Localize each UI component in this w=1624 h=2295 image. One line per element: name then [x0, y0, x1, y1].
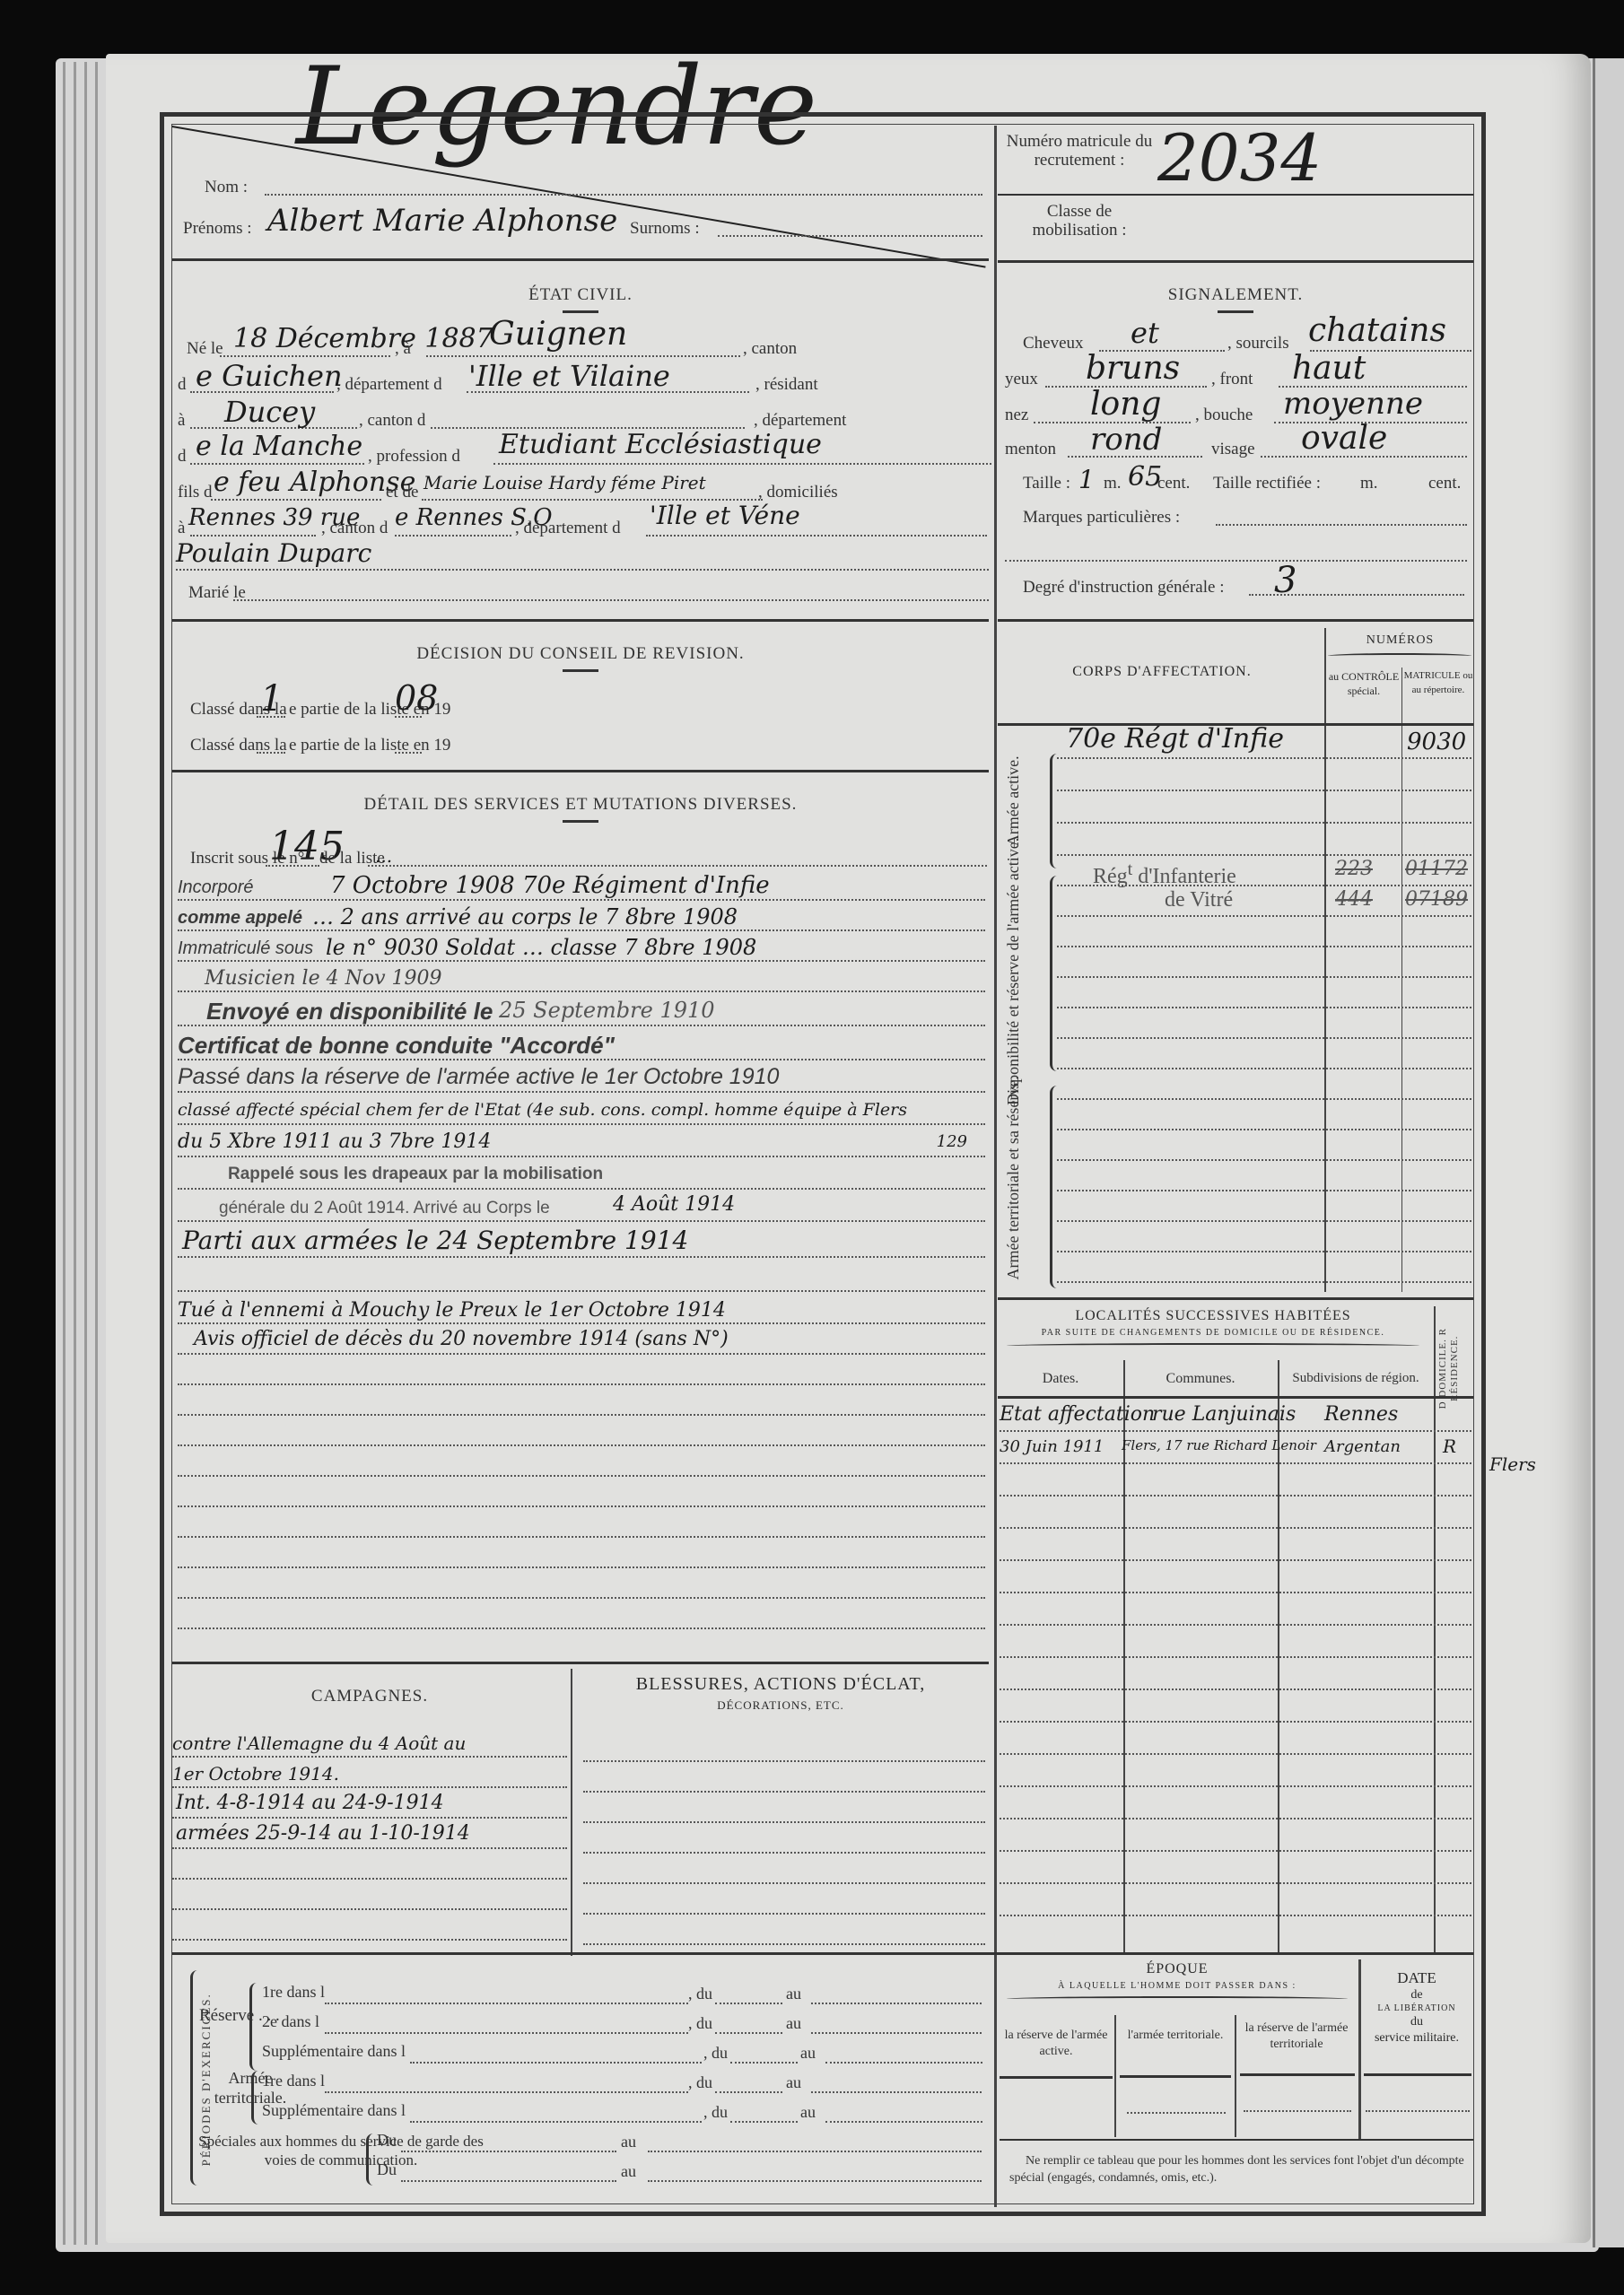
localite-row [1000, 1852, 1471, 1884]
localites-brace [1007, 1343, 1419, 1348]
degre-label: Degré d'instruction générale : [1023, 578, 1224, 598]
epoque-title: ÉPOQUE [998, 1961, 1357, 1977]
corps-row [1057, 1130, 1471, 1161]
campagnes-lines: contre l'Allemagne du 4 Août au 1er Octo… [172, 1727, 567, 1941]
cheveux-value: et [1131, 316, 1159, 350]
corps-row [1057, 1069, 1471, 1100]
corps-row [1057, 978, 1471, 1008]
localite-row [1000, 1658, 1471, 1690]
divider [998, 1297, 1473, 1300]
departement2-label: , département [754, 411, 846, 431]
surnoms-field-line [718, 235, 982, 237]
a-label: à [178, 411, 185, 431]
field-line [1366, 2110, 1470, 2112]
m-label: m. [1360, 474, 1378, 493]
campagne-line [172, 1910, 567, 1941]
mere-value: Marie Louise Hardy féme Piret [423, 472, 706, 493]
canton-label: , canton [743, 339, 797, 359]
ne-le-value: 18 Décembre 1887 [233, 323, 493, 354]
epoque-subtitle: À LAQUELLE L'HOMME DOIT PASSER DANS : [998, 1981, 1357, 1991]
date-du: du [1362, 2014, 1471, 2030]
localite-row: 30 Juin 1911 Flers, 17 rue Richard Lenoi… [1000, 1432, 1471, 1464]
m-label: m. [1104, 474, 1122, 493]
column-divider [1114, 2015, 1116, 2137]
group-label-territoriale: Armée territoriale et sa réserve. [1004, 1061, 1024, 1295]
corps-row [1057, 759, 1471, 791]
localite-row [1000, 1464, 1471, 1497]
corps-rows: 70e Régt d'Infie 9030 Régt d'Infanterie … [1057, 727, 1471, 1283]
residence-value: Ducey [224, 395, 315, 429]
localite-row [1000, 1497, 1471, 1529]
date-liberation: LA LIBÉRATION [1362, 2003, 1471, 2015]
nom-label: Nom : [205, 178, 248, 197]
field-line [190, 535, 316, 537]
divider [172, 1662, 989, 1664]
matricule-label: Numéro matricule du recrutement : [1003, 133, 1156, 170]
field-line [190, 463, 364, 465]
localite-row [1000, 1593, 1471, 1626]
service-line: Envoyé en disponibilité le 25 Septembre … [178, 992, 985, 1026]
bouche-value: moyenne [1283, 386, 1423, 422]
localite-row [1000, 1690, 1471, 1723]
menton-label: menton [1005, 440, 1056, 459]
field-line [176, 569, 989, 571]
campagnes-title: CAMPAGNES. [172, 1687, 567, 1706]
classe-row2-mid: e partie de la liste en 19 [289, 736, 450, 755]
blessure-line [583, 1732, 985, 1762]
menton-value: rond [1090, 422, 1162, 458]
blessure-line [583, 1915, 985, 1945]
a-label: à [178, 519, 185, 538]
bouche-label: , bouche [1195, 406, 1253, 425]
date-service: service militaire. [1362, 2030, 1471, 2046]
cent-label: cent. [1428, 474, 1461, 493]
campagne-line: 1er Octobre 1914. [172, 1758, 567, 1788]
corps-row [1057, 1161, 1471, 1191]
localite-row [1000, 1561, 1471, 1593]
localite-row [1000, 1787, 1471, 1819]
departement-label: , département d [336, 375, 442, 395]
corps-row [1057, 1100, 1471, 1130]
territoriale-brace [251, 2071, 260, 2125]
field-line [395, 535, 511, 537]
field-line [1005, 560, 1467, 562]
periode-row: 2e dans l , du au [262, 2009, 985, 2038]
corps-row [1057, 1222, 1471, 1252]
column-divider [571, 1669, 572, 1956]
localite-row [1000, 1819, 1471, 1852]
service-line: Musicien le 4 Nov 1909 [178, 962, 985, 992]
service-line: classé affecté spécial chem fer de l'Eta… [178, 1093, 985, 1125]
localites-rows: Etat affectation rue Lanjuinais Rennes 3… [1000, 1400, 1471, 1916]
canton2-label: , canton d [359, 411, 425, 431]
classe-label: Classe de mobilisation : [1003, 203, 1156, 240]
blessure-line [583, 1854, 985, 1884]
classe-row1-partie: 1 [260, 678, 283, 720]
numeros-header: NUMÉROS [1326, 633, 1474, 648]
service-line [178, 1355, 985, 1385]
canton3-label: , canton d [321, 519, 388, 538]
service-line: Passé dans la réserve de l'armée active … [178, 1060, 985, 1093]
field-line [395, 752, 422, 754]
field-line [368, 865, 987, 867]
corps-row [1057, 824, 1471, 856]
service-line: Avis officiel de décès du 20 novembre 19… [178, 1324, 985, 1355]
divider [1364, 2073, 1471, 2076]
signalement-title: SIGNALEMENT. [998, 285, 1473, 313]
blessures-title: BLESSURES, ACTIONS D'ÉCLAT, [574, 1674, 987, 1695]
page-edge [74, 62, 76, 2245]
divider [1000, 2076, 1113, 2079]
col-controle-header: au CONTRÔLE spécial. [1326, 669, 1401, 698]
nom-field-line [265, 194, 982, 196]
blessure-line [583, 1823, 985, 1854]
periode-row: Du au [262, 2157, 985, 2186]
localites-title: LOCALITÉS SUCCESSIVES HABITÉES [998, 1308, 1428, 1324]
epoque-note: Ne remplir ce tableau que pour les homme… [1009, 2153, 1469, 2187]
taille-m-value: 1 [1078, 465, 1095, 494]
localites-subtitle: PAR SUITE DE CHANGEMENTS DE DOMICILE OU … [998, 1328, 1428, 1338]
page-edge [95, 62, 98, 2245]
divider [172, 770, 989, 772]
nez-label: nez [1005, 406, 1028, 425]
sourcils-label: , sourcils [1227, 334, 1289, 353]
service-line [178, 1538, 985, 1568]
departement3-value: 'Ille et Véne [650, 501, 800, 530]
divider [172, 258, 989, 261]
sourcils-value: chatains [1308, 312, 1446, 349]
divider [998, 1396, 1473, 1399]
blessures-header: BLESSURES, ACTIONS D'ÉCLAT, DÉCORATIONS,… [574, 1674, 987, 1713]
date-de: de [1362, 1987, 1471, 2003]
next-page-edge [1593, 58, 1624, 2247]
divider [998, 194, 1473, 196]
surnoms-label: Surnoms : [630, 219, 700, 239]
canton-value: e Guichen [196, 359, 343, 393]
classe-row1-annee: 08 [395, 678, 438, 718]
blessures-lines [583, 1732, 985, 1945]
page-edge [84, 62, 87, 2245]
divider [172, 619, 989, 622]
divider [998, 260, 1473, 263]
periode-row: Du au [262, 2127, 985, 2157]
liste-value: ... [375, 845, 392, 867]
a-label: , à [395, 339, 411, 359]
corps-stamp-line1: Régt d'Infanterie [1093, 860, 1236, 889]
corps-row [1057, 1039, 1471, 1069]
service-line [178, 1599, 985, 1629]
col-communes: Communes. [1125, 1371, 1276, 1387]
degre-value: 3 [1274, 560, 1297, 601]
yeux-label: yeux [1005, 370, 1038, 389]
epoque-header: ÉPOQUE À LAQUELLE L'HOMME DOIT PASSER DA… [998, 1961, 1357, 2002]
divider [172, 1952, 1473, 1955]
localite-row [1000, 1755, 1471, 1787]
service-line: Parti aux armées le 24 Septembre 1914 [178, 1222, 985, 1258]
localite-row [1000, 1884, 1471, 1916]
ne-le-label: Né le [187, 339, 223, 359]
localite-row [1000, 1529, 1471, 1561]
marques-label: Marques particulières : [1023, 508, 1180, 528]
campagne-line: contre l'Allemagne du 4 Août au [172, 1727, 567, 1758]
field-line [220, 355, 390, 357]
field-line [1127, 2112, 1226, 2114]
divider [1120, 2075, 1231, 2078]
prenoms-value: Albert Marie Alphonse [267, 203, 617, 239]
divider [998, 619, 1473, 622]
page-edge [63, 62, 65, 2245]
service-line: Certificat de bonne conduite "Accordé" [178, 1026, 985, 1060]
domicile-suite-value: Poulain Duparc [176, 538, 371, 568]
service-line [178, 1385, 985, 1416]
col-subdivisions: Subdivisions de région. [1279, 1371, 1432, 1386]
field-line [233, 599, 989, 601]
d-label: d [178, 375, 187, 395]
localites-header: LOCALITÉS SUCCESSIVES HABITÉES PAR SUITE… [998, 1308, 1428, 1348]
et-de-label: et de [386, 483, 418, 502]
corps-row [1057, 1008, 1471, 1039]
blessure-line [583, 1762, 985, 1793]
field-line [1216, 524, 1467, 526]
taille-label: Taille : [1023, 474, 1070, 493]
services-title: DÉTAIL DES SERVICES ET MUTATIONS DIVERSE… [172, 795, 989, 823]
blessures-subtitle: DÉCORATIONS, ETC. [574, 1698, 987, 1713]
corps-row: Régt d'Infanterie 223 01172 [1057, 856, 1471, 886]
corps-stamp-line2: de Vitré [1165, 888, 1233, 912]
col-dates: Dates. [1000, 1371, 1122, 1387]
service-line [178, 1258, 985, 1292]
taille-rectifiee-label: Taille rectifiée : [1213, 474, 1321, 493]
campagne-line: Int. 4-8-1914 au 24-9-1914 [172, 1788, 567, 1819]
yeux-value: bruns [1086, 350, 1180, 387]
residant-label: , résidant [755, 375, 818, 395]
corps-row [1057, 1252, 1471, 1283]
front-label: , front [1211, 370, 1253, 389]
departement3-label: , département d [515, 519, 621, 538]
field-line [426, 355, 740, 357]
front-value: haut [1292, 350, 1366, 387]
periode-row: Supplémentaire dans l , du au [262, 2038, 985, 2068]
field-line [1244, 2110, 1351, 2112]
divider [1240, 2073, 1355, 2076]
margin-note: Flers [1489, 1453, 1536, 1475]
epoque-col-reserve-active: la réserve de l'armée active. [1000, 2028, 1113, 2059]
epoque-col-territoriale: l'armée territoriale. [1118, 2024, 1233, 2048]
service-line: Incorporé 7 Octobre 1908 70e Régiment d'… [178, 870, 985, 901]
col-matricule-header: MATRICULE ou au répertoire. [1403, 669, 1473, 698]
profession-value: Etudiant Ecclésiastique [499, 429, 822, 460]
etat-civil-title: ÉTAT CIVIL. [172, 285, 989, 313]
periode-row: Supplémentaire dans l , du au [262, 2098, 985, 2127]
corps-row [1057, 947, 1471, 978]
corps-row: de Vitré 444 07189 [1057, 886, 1471, 917]
epoque-col-reserve-territoriale: la réserve de l'armée territoriale [1236, 2020, 1357, 2052]
numeros-brace [1328, 653, 1471, 659]
blessure-line [583, 1884, 985, 1915]
lieu-naissance-value: Guignen [489, 316, 627, 353]
nez-value: long [1090, 386, 1161, 423]
periodes-rows: 1re dans l , du au 2e dans l , du au Sup… [262, 1979, 985, 2186]
corps-row: 70e Régt d'Infie 9030 [1057, 727, 1471, 759]
service-line [178, 1446, 985, 1477]
service-line: comme appelé … 2 ans arrivé au corps le … [178, 901, 985, 931]
corps-affectation-header: CORPS D'AFFECTATION. [1000, 664, 1323, 680]
periode-row: 1re dans l , du au [262, 1979, 985, 2009]
campagne-line: armées 25-9-14 au 1-10-1914 [172, 1819, 567, 1849]
periode-row: 1re dans l , du au [262, 2068, 985, 2098]
departement-value: 'Ille et Vilaine [468, 359, 670, 393]
field-line [646, 535, 987, 537]
date-title: DATE [1362, 1968, 1471, 1987]
field-line [257, 752, 285, 754]
service-line: du 5 Xbre 1911 au 3 7bre 1914 129 [178, 1125, 985, 1157]
date-liberation-header: DATE de LA LIBÉRATION du service militai… [1362, 1968, 1471, 2046]
matricule-value: 2034 [1157, 120, 1322, 196]
decision-title: DÉCISION DU CONSEIL DE REVISION. [172, 644, 989, 672]
profession-label: , profession d [368, 447, 460, 467]
prenoms-label: Prénoms : [183, 219, 252, 239]
service-line: générale du 2 Août 1914. Arrivé au Corps… [178, 1190, 985, 1222]
corps-row [1057, 1191, 1471, 1222]
service-line [178, 1568, 985, 1599]
corps-row [1057, 791, 1471, 824]
fils-label: fils d [178, 483, 213, 502]
corps-row [1057, 917, 1471, 947]
service-line [178, 1416, 985, 1446]
cheveux-label: Cheveux [1023, 334, 1084, 353]
visage-label: visage [1211, 440, 1255, 459]
service-line [178, 1507, 985, 1538]
service-line [178, 1477, 985, 1507]
localite-row [1000, 1723, 1471, 1755]
departement2-value: e la Manche [196, 431, 362, 462]
d-label: d [178, 447, 187, 467]
cent-label: cent. [1157, 474, 1190, 493]
localite-row: Etat affectation rue Lanjuinais Rennes [1000, 1400, 1471, 1432]
column-divider [1358, 1959, 1361, 2139]
reserve-brace [249, 1983, 258, 2071]
localite-row [1000, 1626, 1471, 1658]
divider [1000, 2139, 1473, 2141]
campagne-line [172, 1880, 567, 1910]
epoque-brace [1007, 1996, 1348, 2002]
domicilies-label: , domiciliés [758, 483, 838, 502]
service-line: Tué à l'ennemi à Mouchy le Preux le 1er … [178, 1292, 985, 1324]
service-line: Rappelé sous les drapeaux par la mobilis… [178, 1157, 985, 1190]
visage-value: ovale [1301, 420, 1387, 457]
blessure-line [583, 1793, 985, 1823]
field-line [211, 499, 381, 501]
field-line [493, 463, 991, 465]
service-line: Immatriculé sous le n° 9030 Soldat … cla… [178, 931, 985, 962]
campagne-line [172, 1849, 567, 1880]
center-divider [994, 126, 997, 2207]
